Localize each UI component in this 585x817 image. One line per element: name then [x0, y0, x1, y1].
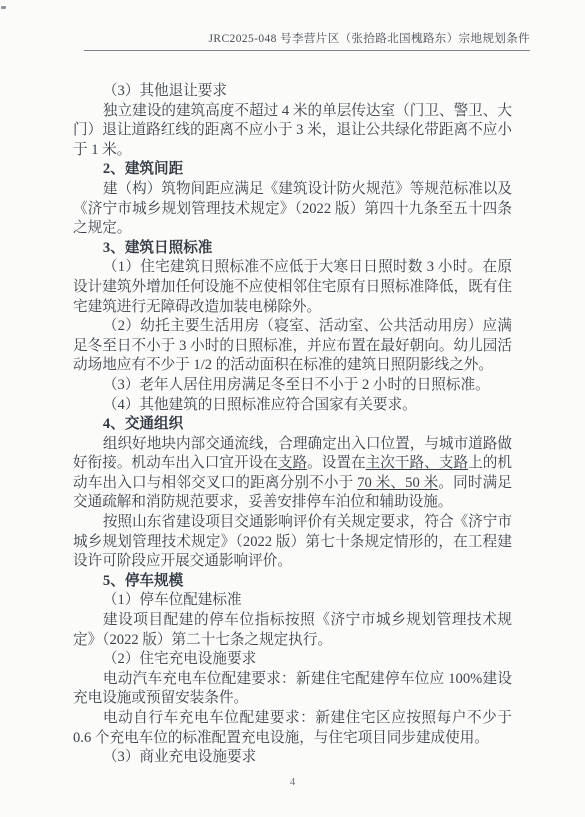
document-body: （3）其他退让要求独立建设的建筑高度不超过 4 米的单层传达室（门卫、警卫、大门…	[73, 82, 512, 768]
paragraph: 组织好地块内部交通流线，合理确定出入口位置，与城市道路做好衔接。机动车出入口宜开…	[73, 435, 512, 513]
paragraph: 按照山东省建设项目交通影响评价有关规定要求，符合《济宁市城乡规划管理技术规定》（…	[73, 513, 512, 572]
paragraph: 电动汽车充电车位配建要求：新建住宅配建停车位应 100%建设充电设施或预留安装条…	[73, 670, 512, 709]
text-run: （1）停车位配建标准	[103, 592, 242, 608]
underlined-text: 支路	[278, 455, 307, 471]
text-run: 独立建设的建筑高度不超过 4 米的单层传达室（门卫、警卫、大门）退让道路红线的距…	[73, 103, 512, 158]
text-run: （2）住宅充电设施要求	[103, 651, 256, 667]
paragraph: （2）幼托主要生活用房（寝室、活动室、公共活动用房）应满足冬至日不小于 3 小时…	[73, 317, 512, 376]
text-run: 4、交通组织	[103, 416, 183, 432]
section-heading: 2、建筑间距	[73, 160, 512, 180]
document-page: JRC2025-048 号李营片区（张拾路北国槐路东）宗地规划条件 （3）其他退…	[0, 0, 585, 817]
text-run: 。设置在	[307, 455, 366, 471]
paragraph: 独立建设的建筑高度不超过 4 米的单层传达室（门卫、警卫、大门）退让道路红线的距…	[73, 102, 512, 161]
page-number: 4	[0, 776, 585, 788]
paragraph: 建设项目配建的停车位指标按照《济宁市城乡规划管理技术规定》（2022 版）第二十…	[73, 611, 512, 650]
text-run: （3）其他退让要求	[103, 83, 227, 99]
paragraph: （3）老年人居住用房满足冬至日不小于 2 小时的日照标准。	[73, 376, 512, 396]
section-heading: 5、停车规模	[73, 572, 512, 592]
paragraph: （2）住宅充电设施要求	[73, 650, 512, 670]
text-run: 电动自行车充电车位配建要求：新建住宅区应按照每户不少于 0.6 个充电车位的标准…	[73, 710, 512, 746]
paragraph: （3）其他退让要求	[73, 82, 512, 102]
text-run: （2）幼托主要生活用房（寝室、活动室、公共活动用房）应满足冬至日不小于 3 小时…	[73, 318, 512, 373]
text-run: 5、停车规模	[103, 573, 183, 589]
underlined-text: 70 米、50 米	[357, 475, 438, 491]
underlined-text: 主次干路、支路	[366, 455, 468, 471]
section-heading: 3、建筑日照标准	[73, 239, 512, 259]
text-run: （1）住宅建筑日照标准不应低于大寒日日照时数 3 小时。在原设计建筑外增加任何设…	[73, 259, 512, 314]
text-run: 建设项目配建的停车位指标按照《济宁市城乡规划管理技术规定》（2022 版）第二十…	[73, 612, 512, 648]
scan-artifact	[1, 6, 6, 9]
paragraph: 电动自行车充电车位配建要求：新建住宅区应按照每户不少于 0.6 个充电车位的标准…	[73, 709, 512, 748]
paragraph: （4）其他建筑的日照标准应符合国家有关要求。	[73, 396, 512, 416]
paragraph: 建（构）筑物间距应满足《建筑设计防火规范》等规范标准以及《济宁市城乡规划管理技术…	[73, 180, 512, 239]
section-heading: 4、交通组织	[73, 415, 512, 435]
text-run: 电动汽车充电车位配建要求：新建住宅配建停车位应 100%建设充电设施或预留安装条…	[73, 671, 512, 707]
paragraph: （3）商业充电设施要求	[73, 748, 512, 768]
text-run: （3）老年人居住用房满足冬至日不小于 2 小时的日照标准。	[103, 377, 490, 393]
paragraph: （1）住宅建筑日照标准不应低于大寒日日照时数 3 小时。在原设计建筑外增加任何设…	[73, 258, 512, 317]
page-header-title: JRC2025-048 号李营片区（张拾路北国槐路东）宗地规划条件	[84, 30, 530, 51]
text-run: 按照山东省建设项目交通影响评价有关规定要求，符合《济宁市城乡规划管理技术规定》（…	[73, 514, 512, 569]
text-run: 2、建筑间距	[103, 161, 183, 177]
text-run: 3、建筑日照标准	[103, 240, 212, 256]
paragraph: （1）停车位配建标准	[73, 591, 512, 611]
page-header: JRC2025-048 号李营片区（张拾路北国槐路东）宗地规划条件	[84, 0, 530, 51]
text-run: （4）其他建筑的日照标准应符合国家有关要求。	[103, 397, 417, 413]
text-run: （3）商业充电设施要求	[103, 749, 256, 765]
text-run: 建（构）筑物间距应满足《建筑设计防火规范》等规范标准以及《济宁市城乡规划管理技术…	[73, 181, 512, 236]
